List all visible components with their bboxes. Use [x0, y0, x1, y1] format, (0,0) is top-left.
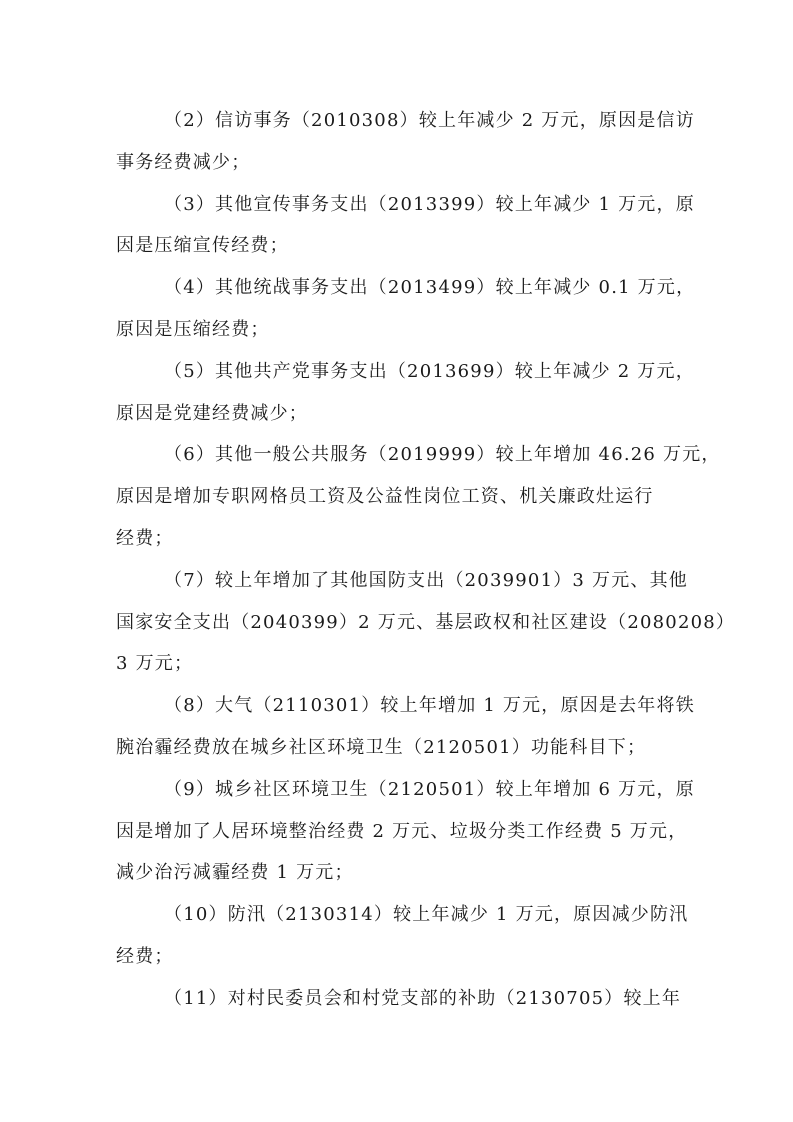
text-line: （11）对村民委员会和村党支部的补助（2130705）较上年: [116, 978, 682, 1020]
text-line: （10）防汛（2130314）较上年减少 1 万元，原因减少防汛: [116, 894, 682, 936]
text-line: （9）城乡社区环境卫生（2120501）较上年增加 6 万元，原: [116, 769, 682, 811]
text-line: 国家安全支出（2040399）2 万元、基层政权和社区建设（2080208）: [116, 602, 682, 644]
text-line: 因是增加了人居环境整治经费 2 万元、垃圾分类工作经费 5 万元，: [116, 811, 682, 853]
paragraph-item-3: （3）其他宣传事务支出（2013399）较上年减少 1 万元，原 因是压缩宣传经…: [116, 184, 682, 268]
text-line: 原因是党建经费减少；: [116, 393, 682, 435]
text-line: 原因是压缩经费；: [116, 309, 682, 351]
paragraph-item-7: （7）较上年增加了其他国防支出（2039901）3 万元、其他 国家安全支出（2…: [116, 560, 682, 685]
text-line: 减少治污减霾经费 1 万元；: [116, 852, 682, 894]
text-line: 腕治霾经费放在城乡社区环境卫生（2120501）功能科目下；: [116, 727, 682, 769]
text-line: 事务经费减少；: [116, 142, 682, 184]
text-line: （4）其他统战事务支出（2013499）较上年减少 0.1 万元，: [116, 267, 682, 309]
paragraph-item-11: （11）对村民委员会和村党支部的补助（2130705）较上年: [116, 978, 682, 1020]
text-line: 3 万元；: [116, 643, 682, 685]
paragraph-item-6: （6）其他一般公共服务（2019999）较上年增加 46.26 万元， 原因是增…: [116, 434, 682, 559]
paragraph-item-10: （10）防汛（2130314）较上年减少 1 万元，原因减少防汛 经费；: [116, 894, 682, 978]
text-line: （6）其他一般公共服务（2019999）较上年增加 46.26 万元，: [116, 434, 682, 476]
text-line: 原因是增加专职网格员工资及公益性岗位工资、机关廉政灶运行: [116, 476, 682, 518]
paragraph-item-2: （2）信访事务（2010308）较上年减少 2 万元，原因是信访 事务经费减少；: [116, 100, 682, 184]
document-body: （2）信访事务（2010308）较上年减少 2 万元，原因是信访 事务经费减少；…: [116, 100, 682, 1020]
paragraph-item-4: （4）其他统战事务支出（2013499）较上年减少 0.1 万元， 原因是压缩经…: [116, 267, 682, 351]
paragraph-item-5: （5）其他共产党事务支出（2013699）较上年减少 2 万元， 原因是党建经费…: [116, 351, 682, 435]
text-line: （8）大气（2110301）较上年增加 1 万元，原因是去年将铁: [116, 685, 682, 727]
paragraph-item-8: （8）大气（2110301）较上年增加 1 万元，原因是去年将铁 腕治霾经费放在…: [116, 685, 682, 769]
text-line: 经费；: [116, 936, 682, 978]
text-line: （2）信访事务（2010308）较上年减少 2 万元，原因是信访: [116, 100, 682, 142]
document-page: （2）信访事务（2010308）较上年减少 2 万元，原因是信访 事务经费减少；…: [0, 0, 793, 1122]
paragraph-item-9: （9）城乡社区环境卫生（2120501）较上年增加 6 万元，原 因是增加了人居…: [116, 769, 682, 894]
text-line: （3）其他宣传事务支出（2013399）较上年减少 1 万元，原: [116, 184, 682, 226]
text-line: （5）其他共产党事务支出（2013699）较上年减少 2 万元，: [116, 351, 682, 393]
text-line: （7）较上年增加了其他国防支出（2039901）3 万元、其他: [116, 560, 682, 602]
text-line: 因是压缩宣传经费；: [116, 225, 682, 267]
text-line: 经费；: [116, 518, 682, 560]
